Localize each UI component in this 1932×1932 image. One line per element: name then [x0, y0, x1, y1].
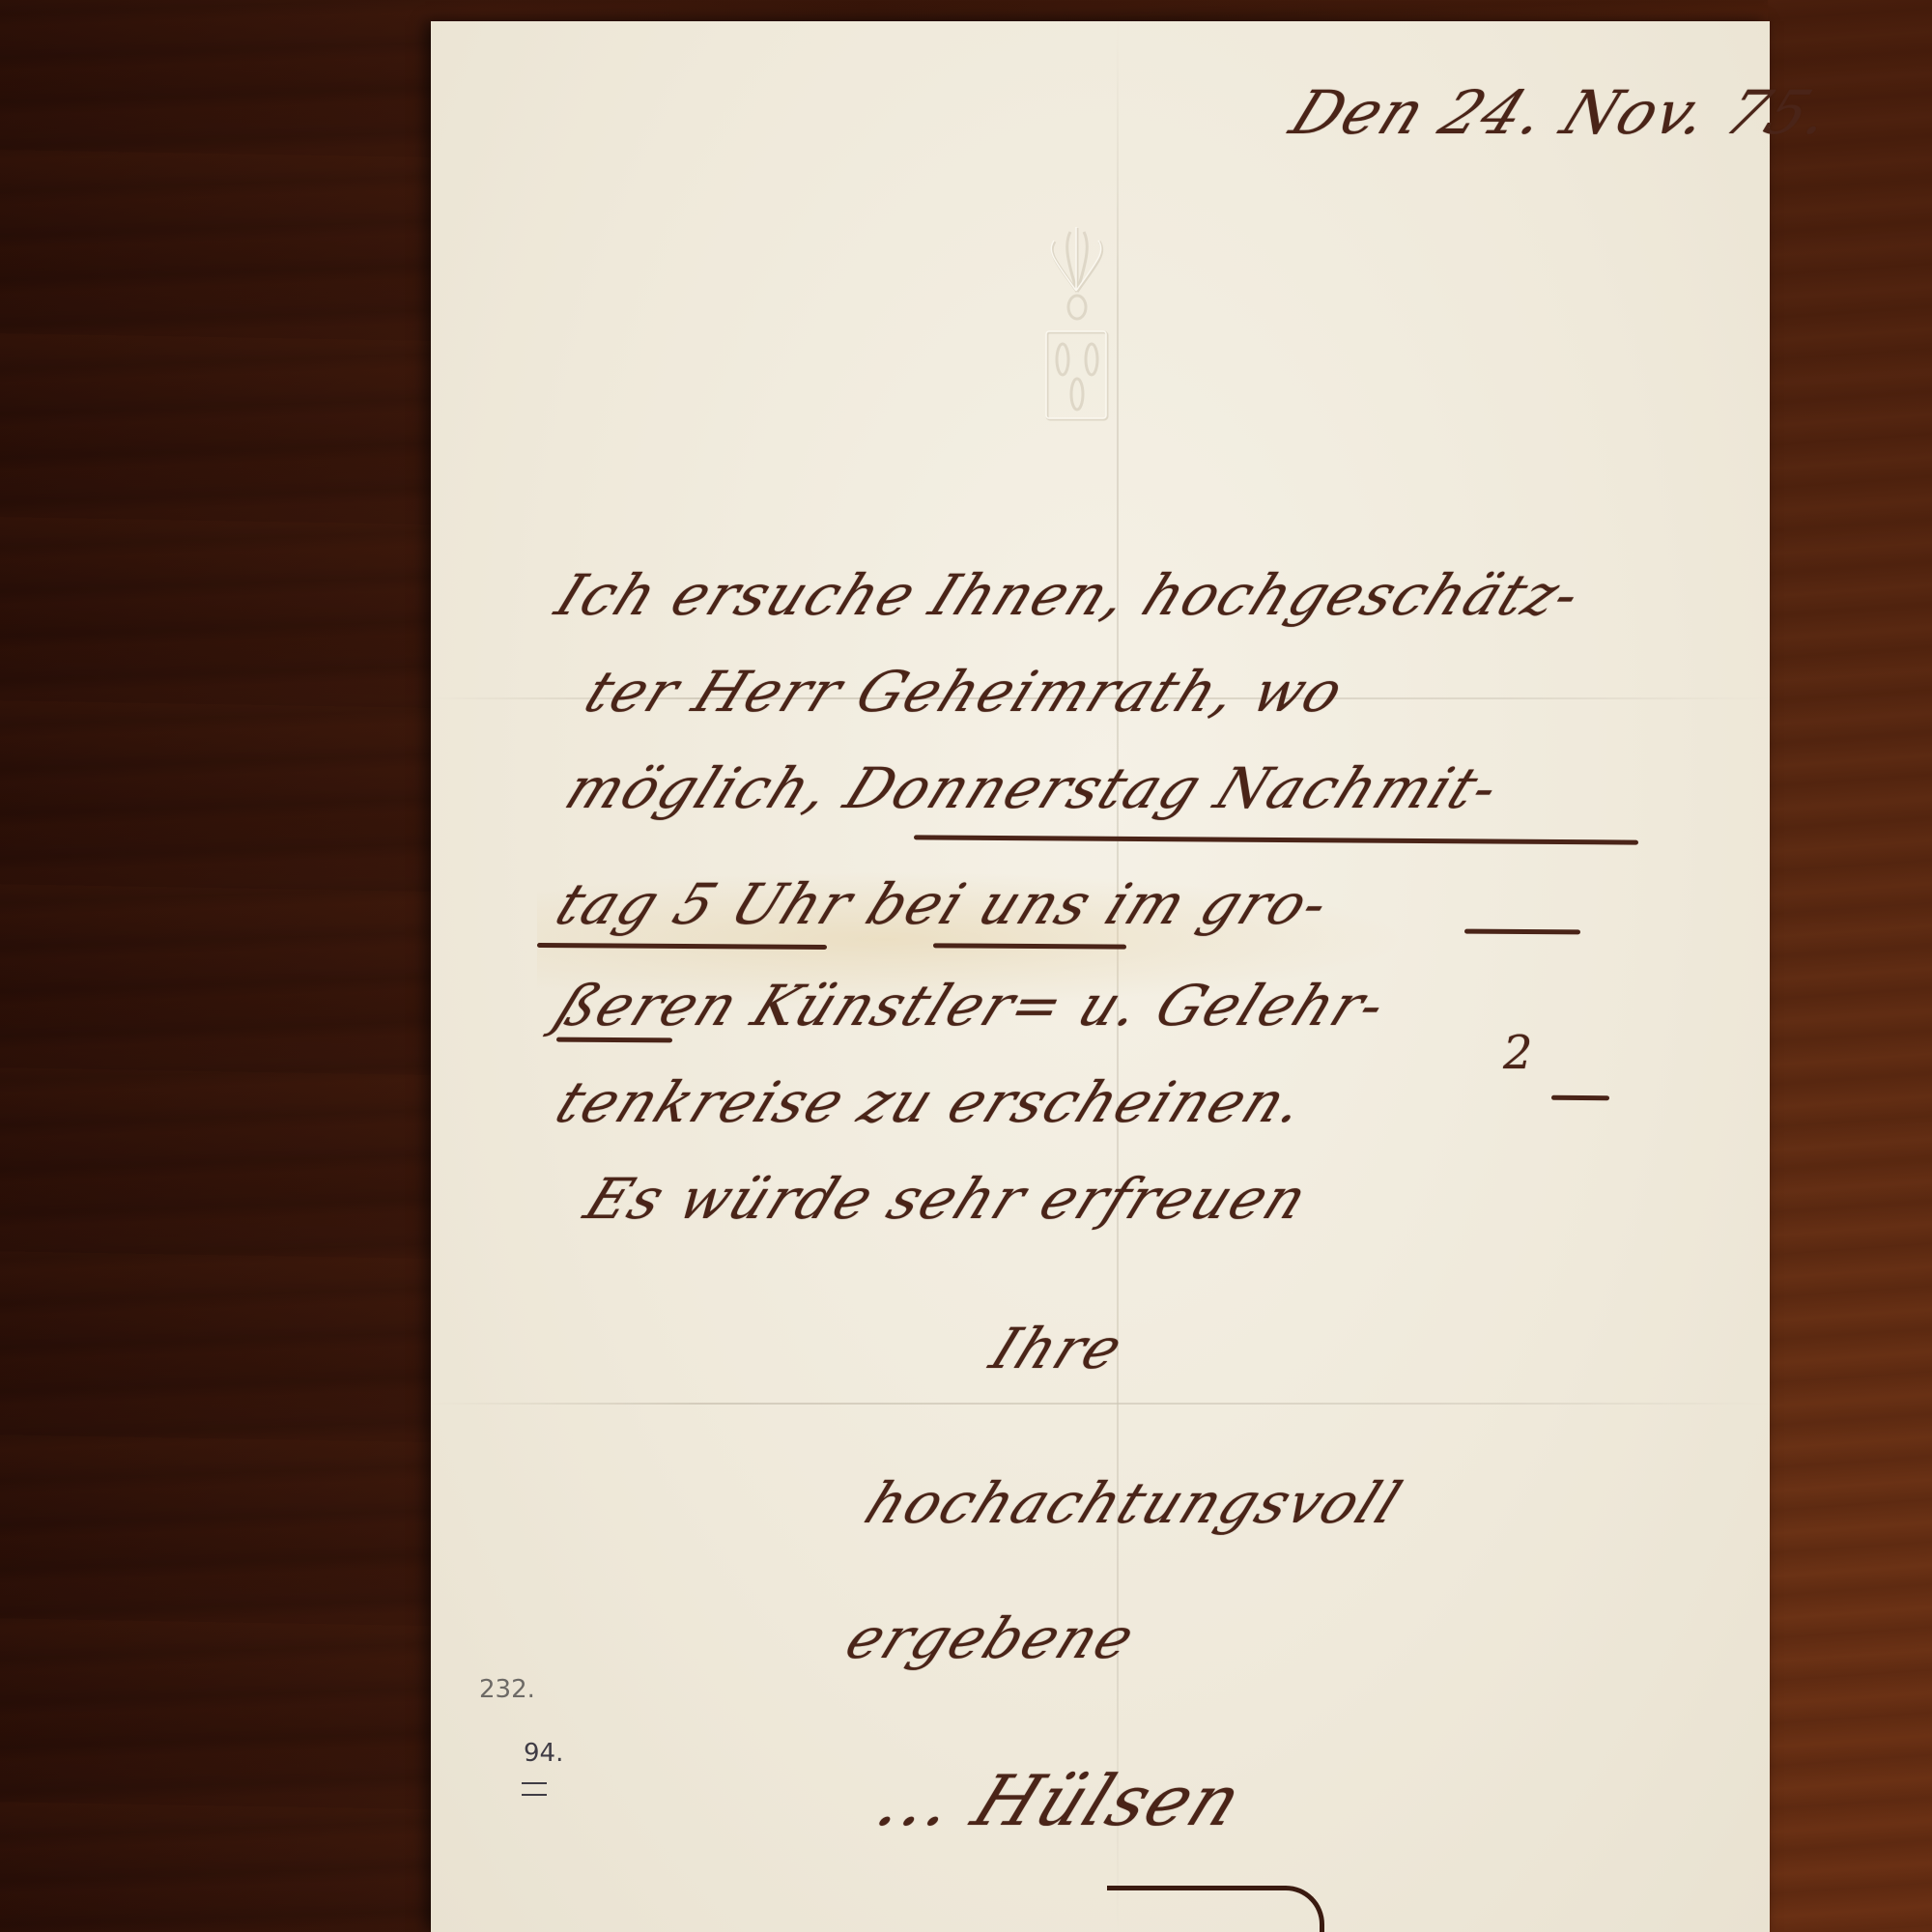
- pencil-note-94: 94.: [524, 1739, 563, 1768]
- pencil-double-underline: [522, 1782, 547, 1796]
- closing-ihre: Ihre: [981, 1316, 1134, 1381]
- underline-donnerstag: [914, 835, 1638, 844]
- underline-grosseren: [556, 1037, 672, 1043]
- wooden-table-edge: [1768, 0, 1932, 1932]
- closing-ergebene: ergebene: [837, 1605, 1146, 1671]
- signature: ... Hülsen: [866, 1760, 1256, 1841]
- fold-crease-horizontal: [431, 1403, 1770, 1405]
- date-line: Den 24. Nov. 75.: [1281, 77, 1844, 148]
- signature-flourish: [1107, 1886, 1324, 1932]
- letter-line-2: ter Herr Geheimrath, wo: [576, 659, 1354, 724]
- letter-line-5: ßeren Künstler= u. Gelehr-: [547, 973, 1397, 1038]
- letter-paper: Den 24. Nov. 75. Ich ersuche Ihnen, hoch…: [431, 21, 1770, 1932]
- letter-line-1: Ich ersuche Ihnen, hochgeschätz-: [547, 562, 1592, 628]
- pencil-note-232: 232.: [479, 1675, 535, 1704]
- letter-line-3: möglich, Donnerstag Nachmit-: [556, 755, 1510, 821]
- letter-line-7: Es würde sehr erfreuen: [576, 1166, 1319, 1232]
- underline-gro: [1464, 929, 1580, 935]
- crest-emboss-icon: [1037, 224, 1117, 427]
- dash-mark: [1551, 1095, 1609, 1100]
- footnote-mark: 2: [1503, 1026, 1535, 1080]
- letter-line-6: tenkreise zu erscheinen.: [547, 1069, 1317, 1135]
- letter-line-4: tag 5 Uhr bei uns im gro-: [547, 871, 1340, 937]
- closing-hochachtungsvoll: hochachtungsvoll: [856, 1470, 1412, 1536]
